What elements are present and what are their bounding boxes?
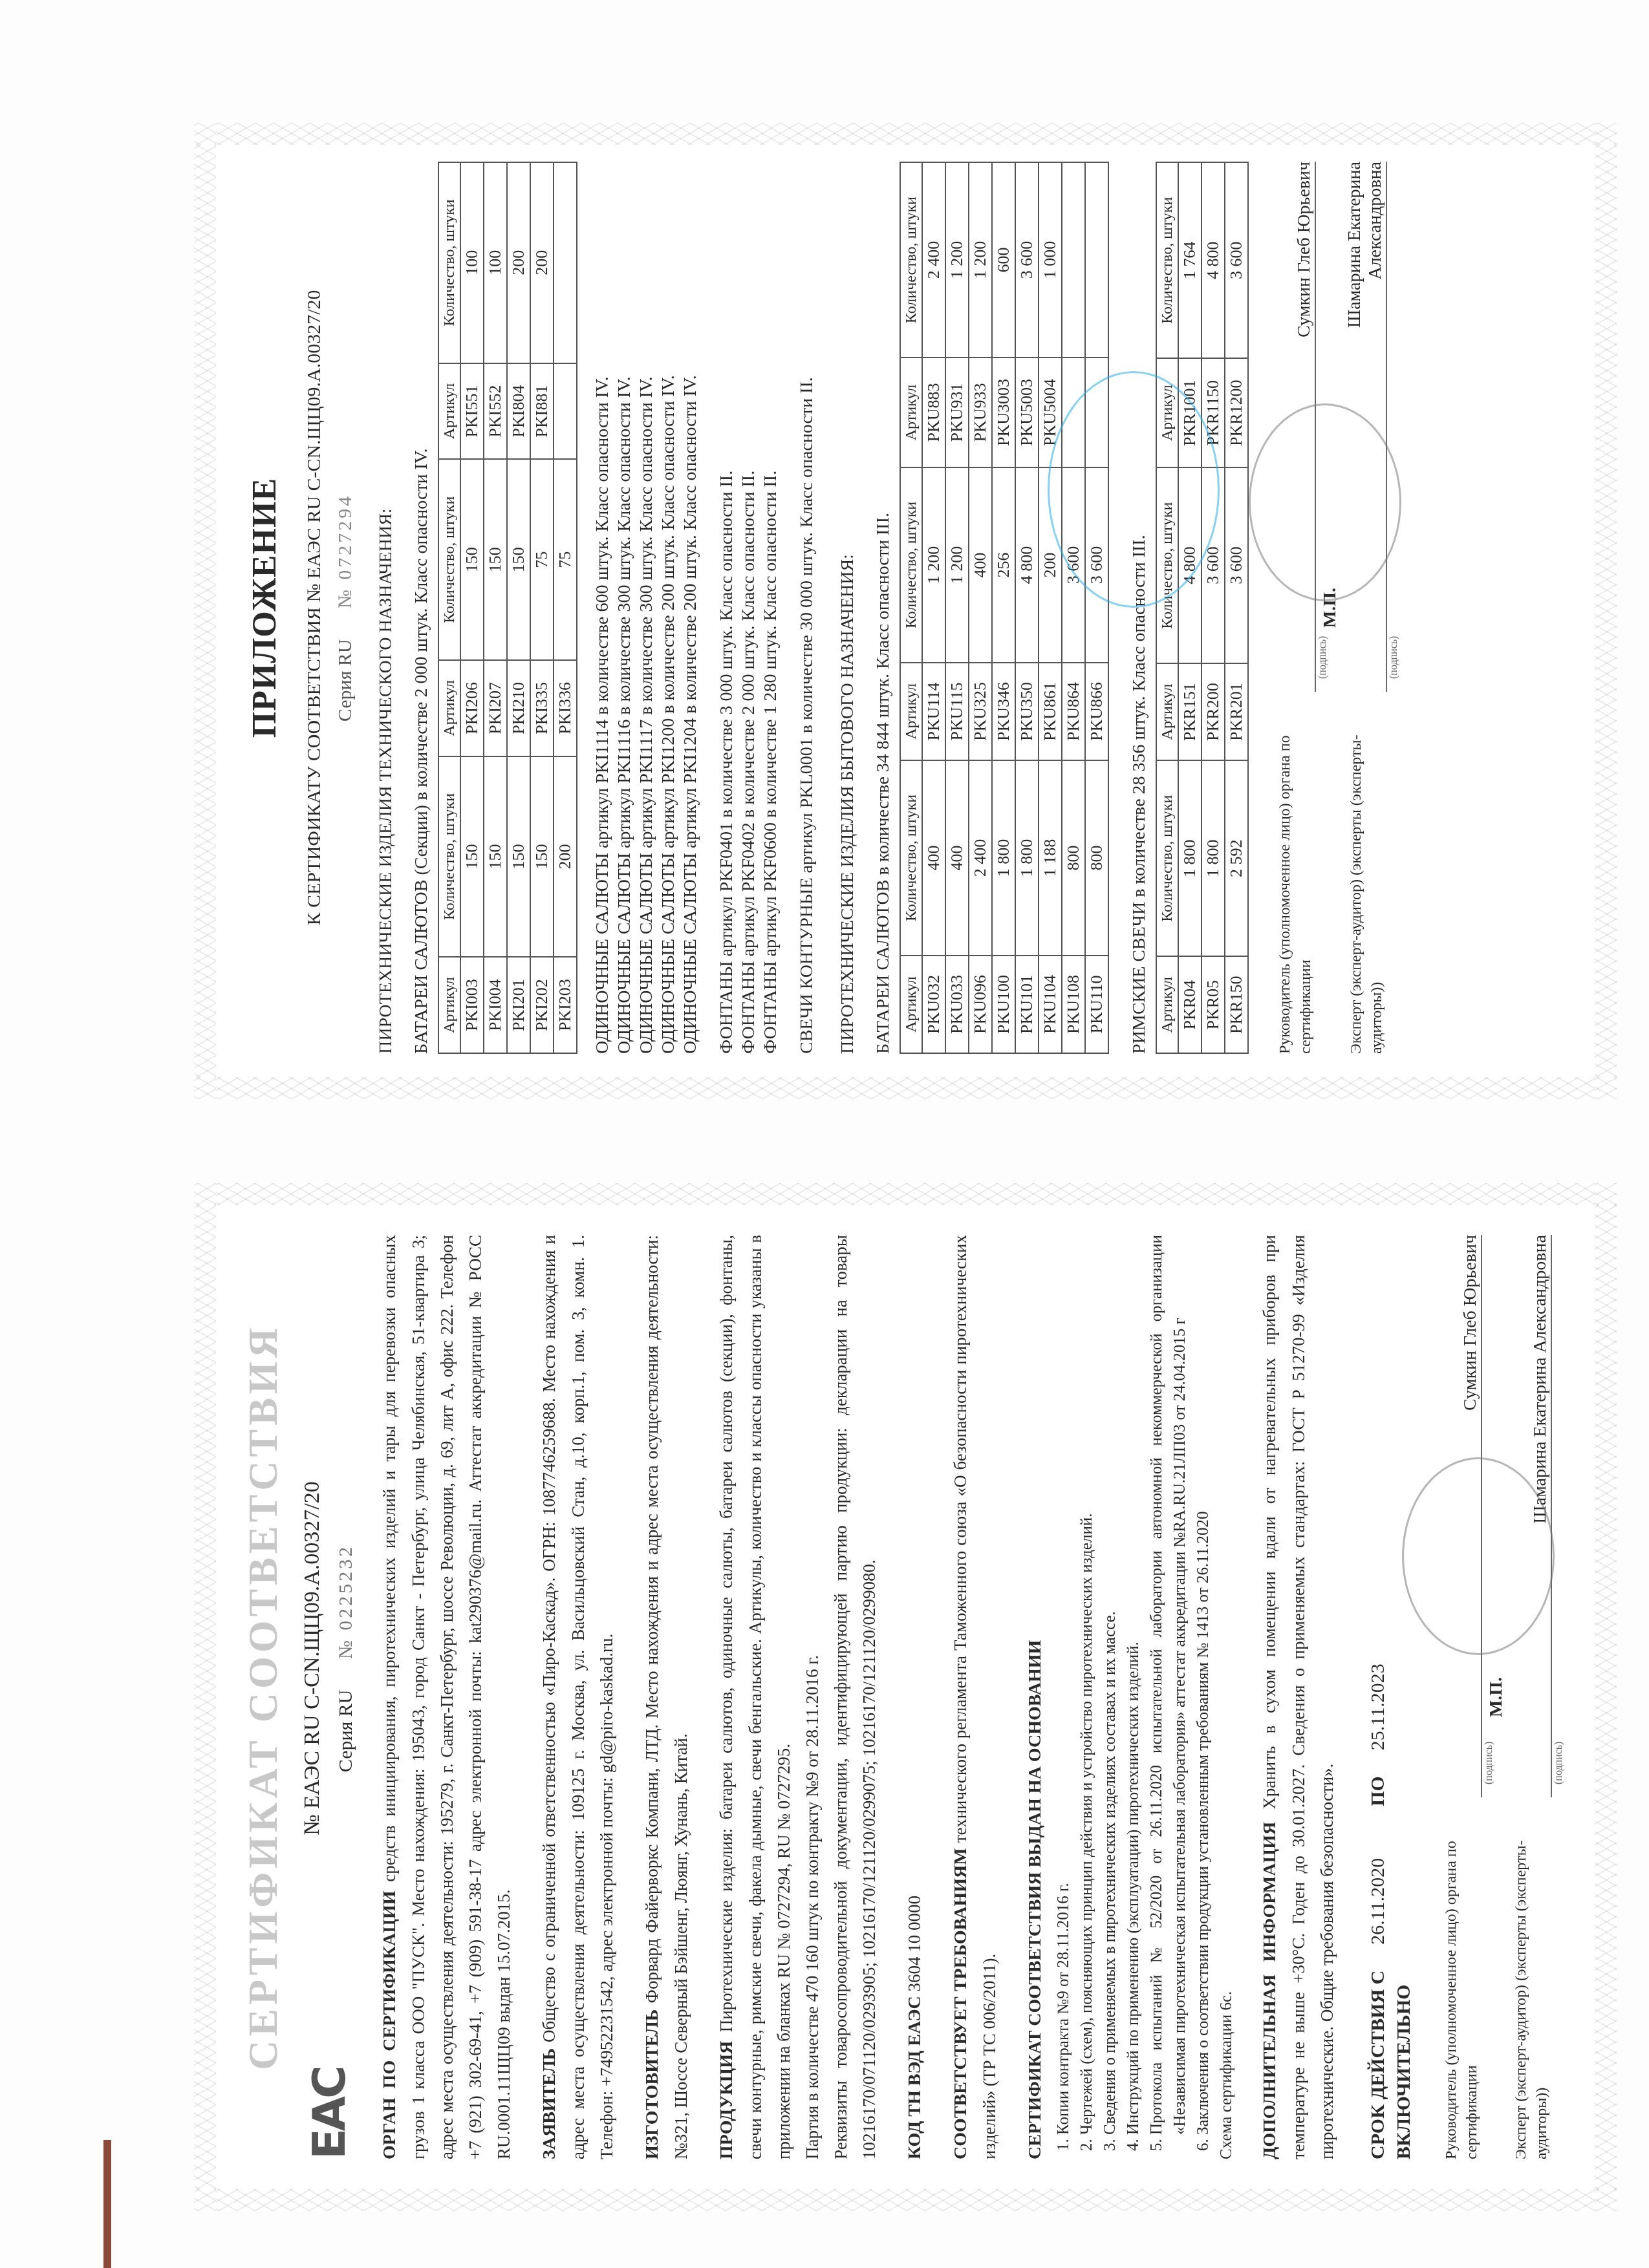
guilloche-border	[194, 123, 1617, 1099]
round-stamp	[1402, 1457, 1555, 1655]
red-margin-mark	[103, 2140, 111, 2268]
expert-role: Эксперт (эксперт-аудитор) (эксперты (экс…	[1346, 692, 1387, 1054]
expert-name: Шамарина Екатерина Александровна	[1344, 162, 1387, 446]
head-signature-row: Руководитель (уполномоченное лицо) орган…	[1275, 162, 1316, 1054]
expert-signature-row: Эксперт (эксперт-аудитор) (эксперты (экс…	[1344, 162, 1387, 1054]
head-role: Руководитель (уполномоченное лицо) орган…	[1441, 1797, 1482, 2159]
head-name: Сумкин Глеб Юрьевич	[1294, 162, 1316, 446]
appendix-sheet: ПРИЛОЖЕНИЕ К СЕРТИФИКАТУ СООТВЕТСТВИЯ № …	[194, 123, 1617, 1099]
appendix-signatures: Руководитель (уполномоченное лицо) орган…	[1275, 162, 1365, 1054]
head-role: Руководитель (уполномоченное лицо) орган…	[1275, 692, 1316, 1054]
head-signature-row: Руководитель (уполномоченное лицо) орган…	[1441, 1235, 1482, 2159]
blue-company-stamp	[1048, 371, 1220, 608]
expert-signature-row: Эксперт (эксперт-аудитор) (эксперты (экс…	[1511, 1235, 1552, 2159]
stamp-label: М.П.	[1320, 162, 1341, 1054]
guilloche-border	[194, 1183, 1617, 2211]
certificate-sheet: СЕРТИФИКАТ СООТВЕТСТВИЯ ЕАС № ЕАЭС RU С-…	[194, 1183, 1617, 2211]
round-stamp	[1249, 403, 1401, 601]
stamp-label: М.П.	[1486, 1235, 1507, 2159]
certificate-signatures: Руководитель (уполномоченное лицо) орган…	[1441, 1235, 1552, 2159]
expert-role: Эксперт (эксперт-аудитор) (эксперты (экс…	[1511, 1797, 1552, 2159]
